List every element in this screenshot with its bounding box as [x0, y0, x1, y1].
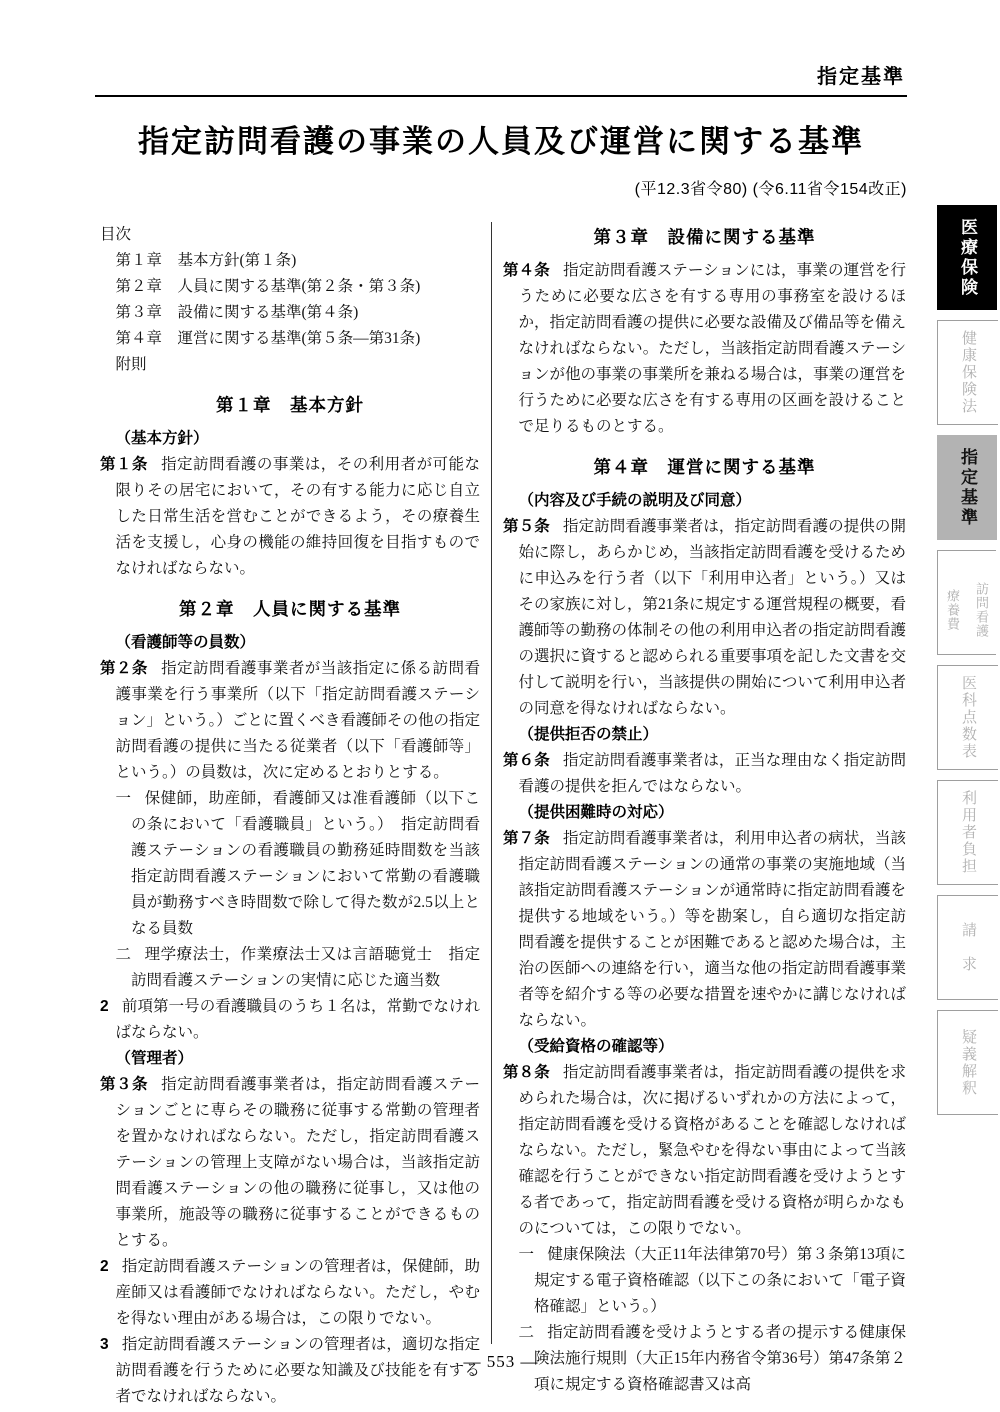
article-3: 第３条指定訪問看護事業者は，指定訪問看護ステーションごとに専らその職務に従事する… [100, 1072, 480, 1254]
page-number: ― 553 ― [95, 1352, 907, 1372]
article-6-text: 指定訪問看護事業者は，正当な理由なく指定訪問看護の提供を拒んではならない。 [519, 752, 906, 795]
section-heading-staff-numbers: （看護師等の員数） [100, 630, 480, 656]
article-8-label: 第８条 [503, 1064, 550, 1081]
item-text: 理学療法士，作業療法士又は言語聴覚士 指定訪問看護ステーションの実情に応じた適当… [131, 946, 480, 989]
article-7-text: 指定訪問看護事業者は，利用申込者の病状，当該指定訪問看護ステーションの通常の事業… [519, 830, 907, 1029]
article-6-label: 第６条 [503, 752, 550, 769]
chapter-2-heading: 第２章 人員に関する基準 [100, 596, 480, 622]
two-column-body: 目次 第１章 基本方針(第１条) 第２章 人員に関する基準(第２条・第３条) 第… [100, 222, 906, 1344]
thumb-tab-line-2: 療養費 [938, 565, 967, 654]
article-3-text: 指定訪問看護事業者は，指定訪問看護ステーションごとに専らその職務に従事する常勤の… [116, 1076, 481, 1249]
article-5-text: 指定訪問看護事業者は，指定訪問看護の提供の開始に際し，あらかじめ，当該指定訪問看… [519, 518, 907, 717]
article-2: 第２条指定訪問看護事業者が当該指定に係る訪問看護事業を行う事業所（以下「指定訪問… [100, 656, 480, 786]
article-8-text: 指定訪問看護事業者は，指定訪問看護の提供を求められた場合は，次に掲げるいずれかの… [519, 1064, 907, 1237]
item-text: 保健師，助産師，看護師又は准看護師（以下この条において「看護職員」という。） 指… [131, 790, 480, 937]
document-page: 指定基準 指定訪問看護の事業の人員及び運営に関する基準 (平12.3省令80) … [0, 0, 1000, 1412]
chapter-4-heading: 第４章 運営に関する基準 [503, 454, 906, 480]
paragraph-label: 2 [100, 998, 109, 1015]
article-8: 第８条指定訪問看護事業者は，指定訪問看護の提供を求められた場合は，次に掲げるいず… [503, 1060, 906, 1242]
item-label: 二 [519, 1324, 535, 1341]
thumb-tab-medical-insurance: 医療保険 [937, 205, 997, 310]
thumb-tab-line-1: 訪問看護 [967, 565, 996, 654]
toc-title: 目次 [100, 222, 480, 248]
thumb-index-rail: 医療保険 健康保険法 指定基準 訪問看護療養費 医科点数表 利用者負担 請 求 … [937, 205, 1000, 1125]
section-heading-refusal-prohibition: （提供拒否の禁止） [503, 722, 906, 748]
thumb-tab-user-copayment: 利用者負担 [937, 780, 998, 885]
article-7: 第７条指定訪問看護事業者は，利用申込者の病状，当該指定訪問看護ステーションの通常… [503, 826, 906, 1034]
article-8-item-1: 一健康保険法（大正11年法律第70号）第３条第13項に規定する電子資格確認（以下… [503, 1242, 906, 1320]
section-heading-basic-policy: （基本方針） [100, 426, 480, 452]
running-header: 指定基準 [817, 60, 905, 89]
paragraph-label: 2 [100, 1258, 109, 1275]
article-1-text: 指定訪問看護の事業は，その利用者が可能な限りその居宅において，その有する能力に応… [116, 456, 481, 577]
article-6: 第６条指定訪問看護事業者は，正当な理由なく指定訪問看護の提供を拒んではならない。 [503, 748, 906, 800]
thumb-tab-interpretation-qa: 疑義解釈 [937, 1010, 998, 1115]
item-label: 一 [519, 1246, 535, 1263]
toc-entry: 第３章 設備に関する基準(第４条) [100, 300, 480, 326]
section-heading-manager: （管理者） [100, 1046, 480, 1072]
article-1-label: 第１条 [100, 456, 148, 473]
paragraph-text: 前項第一号の看護職員のうち１名は，常勤でなければならない。 [116, 998, 481, 1041]
article-4-label: 第４条 [503, 262, 550, 279]
article-3-label: 第３条 [100, 1076, 148, 1093]
article-2-paragraph-2: 2前項第一号の看護職員のうち１名は，常勤でなければならない。 [100, 994, 480, 1046]
toc-entry: 第１章 基本方針(第１条) [100, 248, 480, 274]
article-5: 第５条指定訪問看護事業者は，指定訪問看護の提供の開始に際し，あらかじめ，当該指定… [503, 514, 906, 722]
article-2-item-2: 二理学療法士，作業療法士又は言語聴覚士 指定訪問看護ステーションの実情に応じた適… [100, 942, 480, 994]
thumb-tab-medical-fee-schedule: 医科点数表 [937, 665, 998, 770]
header-rule [95, 95, 907, 97]
paragraph-label: 3 [100, 1336, 109, 1353]
article-1: 第１条指定訪問看護の事業は，その利用者が可能な限りその居宅において，その有する能… [100, 452, 480, 582]
toc-entry: 第２章 人員に関する基準(第２条・第３条) [100, 274, 480, 300]
item-label: 一 [116, 790, 132, 807]
page-subtitle: (平12.3省令80) (令6.11省令154改正) [95, 176, 907, 199]
section-heading-eligibility-confirmation: （受給資格の確認等） [503, 1034, 906, 1060]
article-2-label: 第２条 [100, 660, 148, 677]
article-3-paragraph-2: 2指定訪問看護ステーションの管理者は，保健師，助産師又は看護師でなければならない… [100, 1254, 480, 1332]
paragraph-text: 指定訪問看護ステーションの管理者は，保健師，助産師又は看護師でなければならない。… [116, 1258, 481, 1327]
thumb-tab-billing: 請 求 [937, 895, 998, 1000]
item-label: 二 [116, 946, 132, 963]
article-2-item-1: 一保健師，助産師，看護師又は准看護師（以下この条において「看護職員」という。） … [100, 786, 480, 942]
left-column: 目次 第１章 基本方針(第１条) 第２章 人員に関する基準(第２条・第３条) 第… [100, 222, 480, 1344]
article-7-label: 第７条 [503, 830, 550, 847]
article-2-text: 指定訪問看護事業者が当該指定に係る訪問看護事業を行う事業所（以下「指定訪問看護ス… [116, 660, 481, 781]
article-4-text: 指定訪問看護ステーションには，事業の運営を行うために必要な広さを有する専用の事務… [519, 262, 907, 435]
column-divider [491, 222, 492, 1344]
page-title: 指定訪問看護の事業の人員及び運営に関する基準 [95, 116, 907, 161]
article-5-label: 第５条 [503, 518, 550, 535]
chapter-3-heading: 第３章 設備に関する基準 [503, 224, 906, 250]
right-column: 第３章 設備に関する基準 第４条指定訪問看護ステーションには，事業の運営を行うた… [503, 222, 906, 1344]
section-heading-difficulty-response: （提供困難時の対応） [503, 800, 906, 826]
chapter-1-heading: 第１章 基本方針 [100, 392, 480, 418]
item-text: 健康保険法（大正11年法律第70号）第３条第13項に規定する電子資格確認（以下こ… [534, 1246, 906, 1315]
article-4: 第４条指定訪問看護ステーションには，事業の運営を行うために必要な広さを有する専用… [503, 258, 906, 440]
thumb-tab-visiting-nursing-care-fees: 訪問看護療養費 [937, 550, 996, 655]
section-heading-explanation-consent: （内容及び手続の説明及び同意） [503, 488, 906, 514]
toc-entry: 附則 [100, 352, 480, 378]
thumb-tab-designation-standards: 指定基準 [937, 435, 997, 540]
toc-entry: 第４章 運営に関する基準(第５条―第31条) [100, 326, 480, 352]
thumb-tab-health-insurance-act: 健康保険法 [937, 320, 998, 425]
